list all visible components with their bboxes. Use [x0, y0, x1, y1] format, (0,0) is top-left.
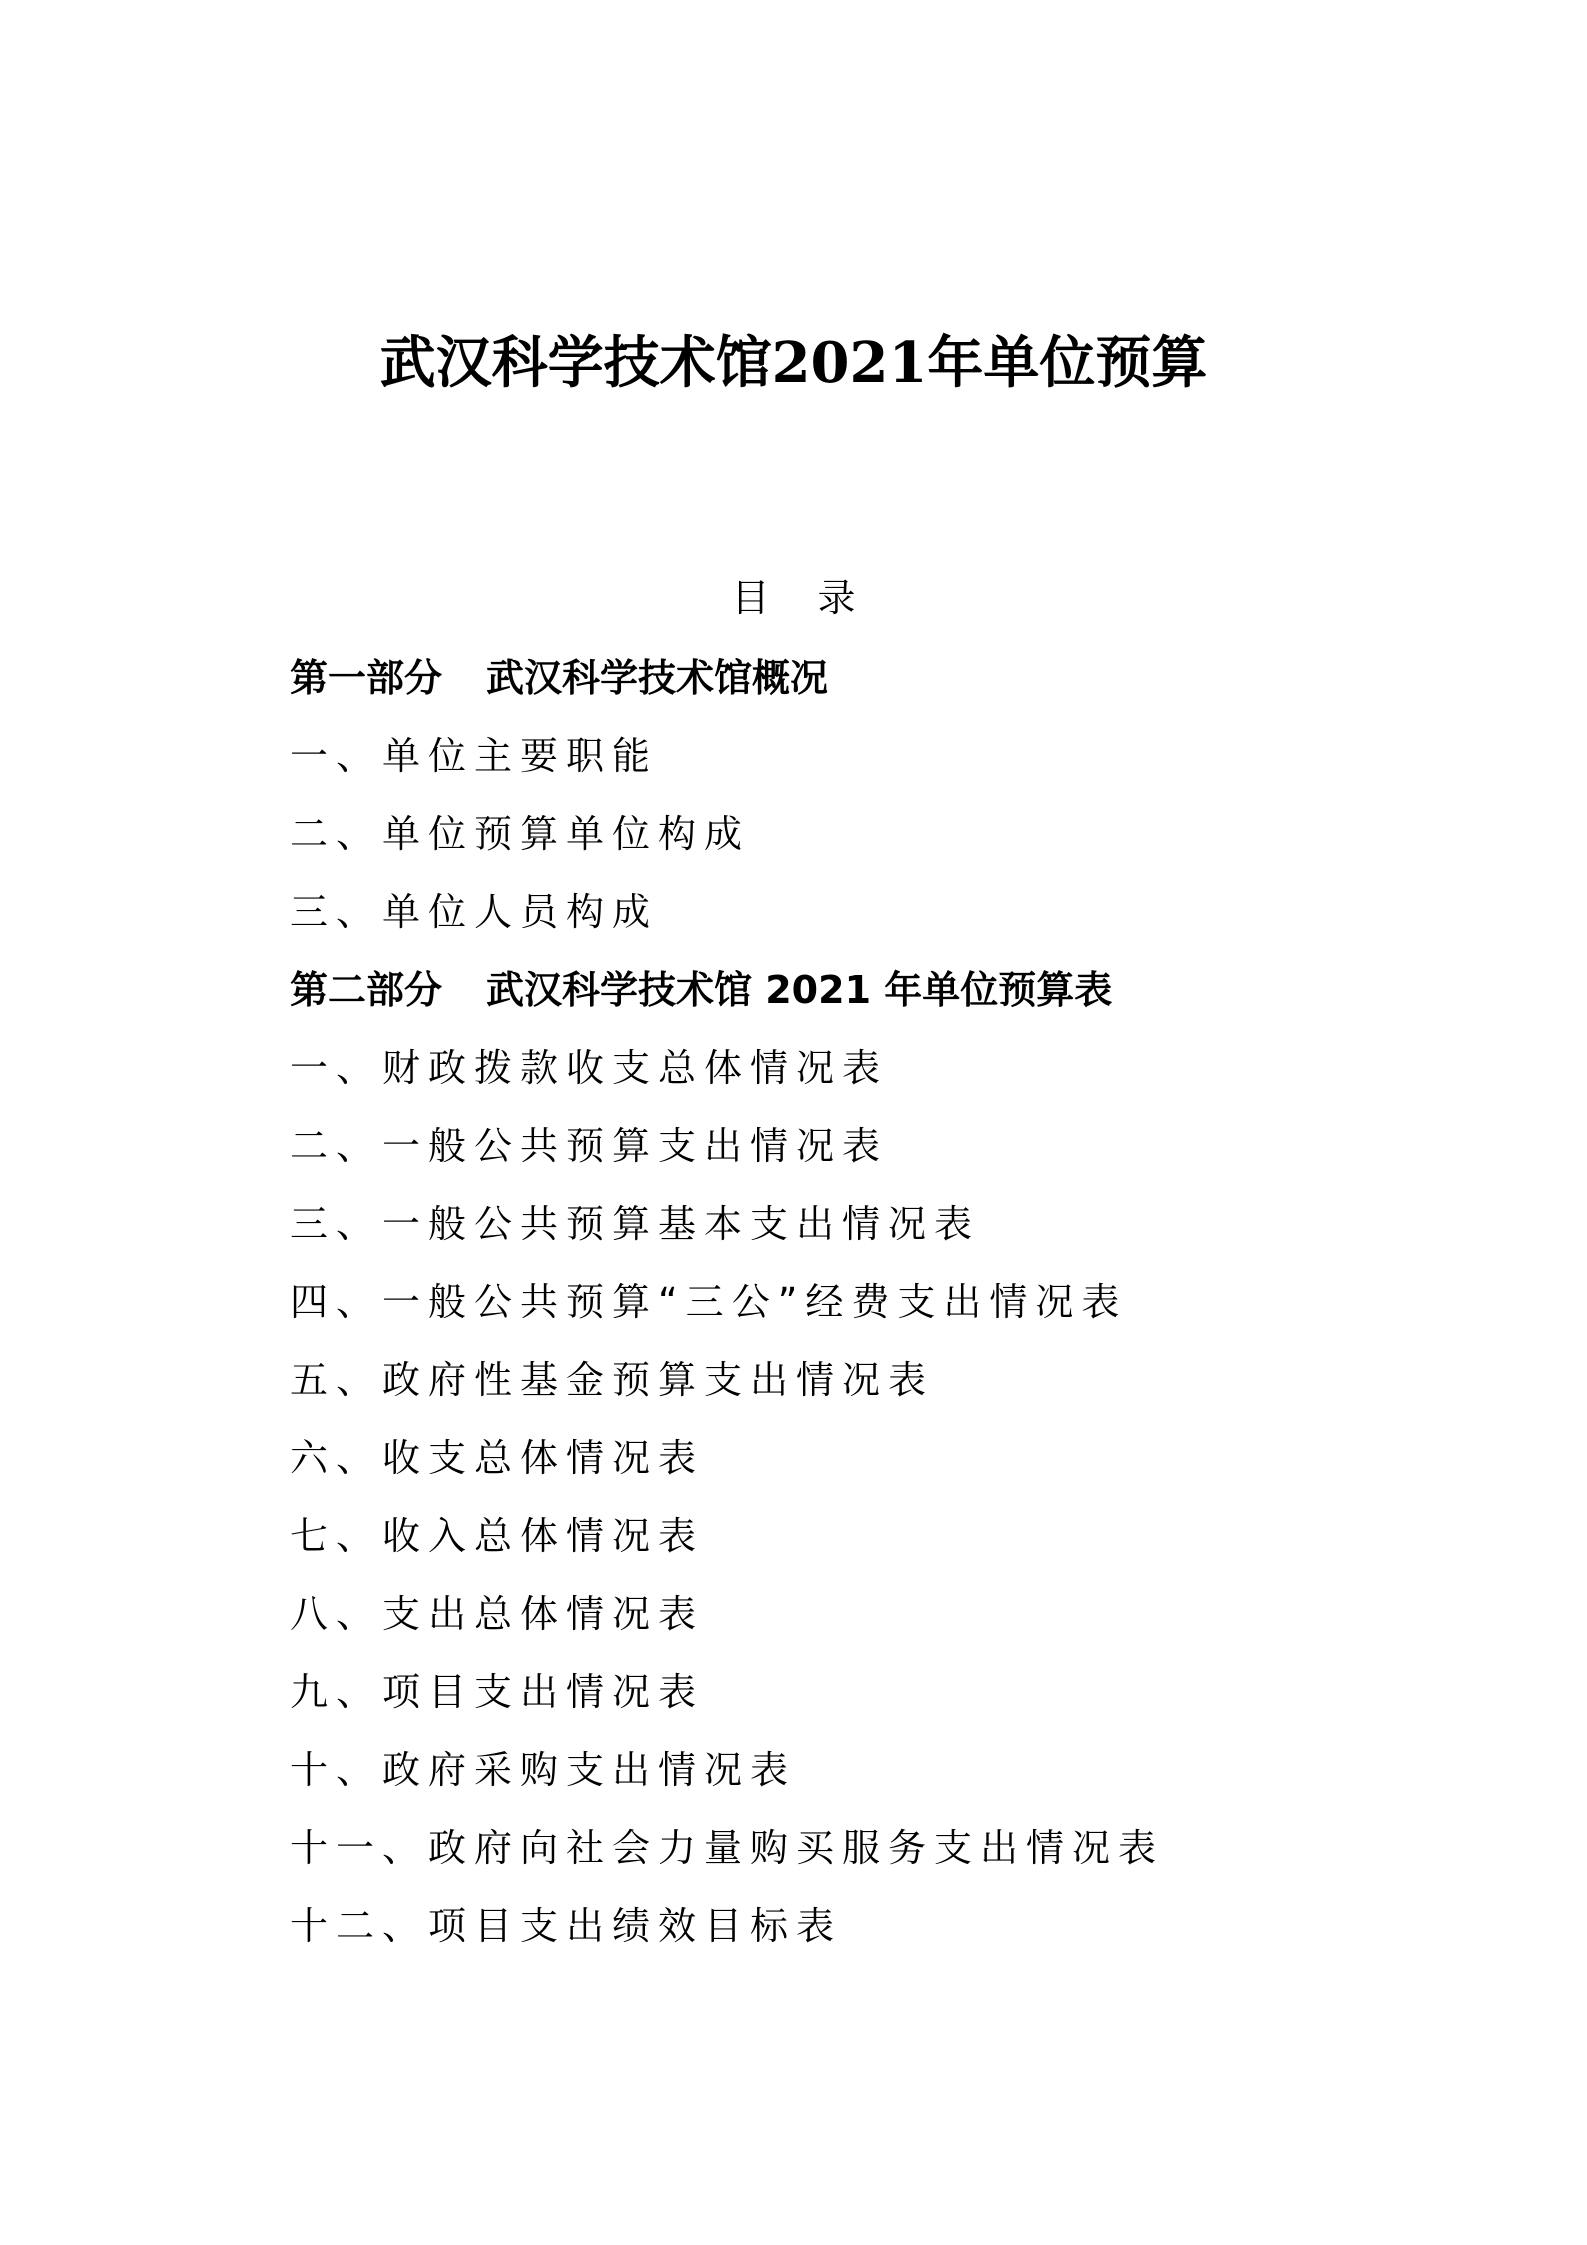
toc-entry[interactable]: 四、一般公共预算“三公”经费支出情况表 — [290, 1269, 1390, 1347]
toc-part-1-title: 武汉科学技术馆概况 — [486, 656, 828, 700]
toc-part-1[interactable]: 第一部分武汉科学技术馆概况 — [290, 645, 1390, 723]
toc-heading-char-2: 录 — [818, 568, 856, 628]
toc-entry[interactable]: 三、单位人员构成 — [290, 879, 1390, 957]
toc-entry[interactable]: 十二、项目支出绩效目标表 — [290, 1893, 1390, 1971]
toc-entry[interactable]: 六、收支总体情况表 — [290, 1425, 1390, 1503]
toc-heading: 目录 — [0, 568, 1587, 628]
toc-part-2-number: 第二部分 — [290, 957, 442, 1023]
toc-entry[interactable]: 三、一般公共预算基本支出情况表 — [290, 1191, 1390, 1269]
toc-entry[interactable]: 八、支出总体情况表 — [290, 1581, 1390, 1659]
toc-entry[interactable]: 十、政府采购支出情况表 — [290, 1737, 1390, 1815]
table-of-contents: 第一部分武汉科学技术馆概况 一、单位主要职能 二、单位预算单位构成 三、单位人员… — [290, 645, 1390, 1971]
toc-entry[interactable]: 一、财政拨款收支总体情况表 — [290, 1035, 1390, 1113]
toc-part-1-number: 第一部分 — [290, 645, 442, 711]
toc-entry[interactable]: 九、项目支出情况表 — [290, 1659, 1390, 1737]
toc-entry[interactable]: 五、政府性基金预算支出情况表 — [290, 1347, 1390, 1425]
toc-entry[interactable]: 二、单位预算单位构成 — [290, 801, 1390, 879]
document-title: 武汉科学技术馆2021年单位预算 — [0, 318, 1587, 408]
toc-entry[interactable]: 十一、政府向社会力量购买服务支出情况表 — [290, 1815, 1390, 1893]
toc-part-2[interactable]: 第二部分武汉科学技术馆 2021 年单位预算表 — [290, 957, 1390, 1035]
toc-part-2-title: 武汉科学技术馆 2021 年单位预算表 — [486, 968, 1112, 1012]
toc-heading-char-1: 目 — [731, 568, 769, 628]
toc-entry[interactable]: 一、单位主要职能 — [290, 723, 1390, 801]
toc-entry[interactable]: 二、一般公共预算支出情况表 — [290, 1113, 1390, 1191]
toc-entry[interactable]: 七、收入总体情况表 — [290, 1503, 1390, 1581]
